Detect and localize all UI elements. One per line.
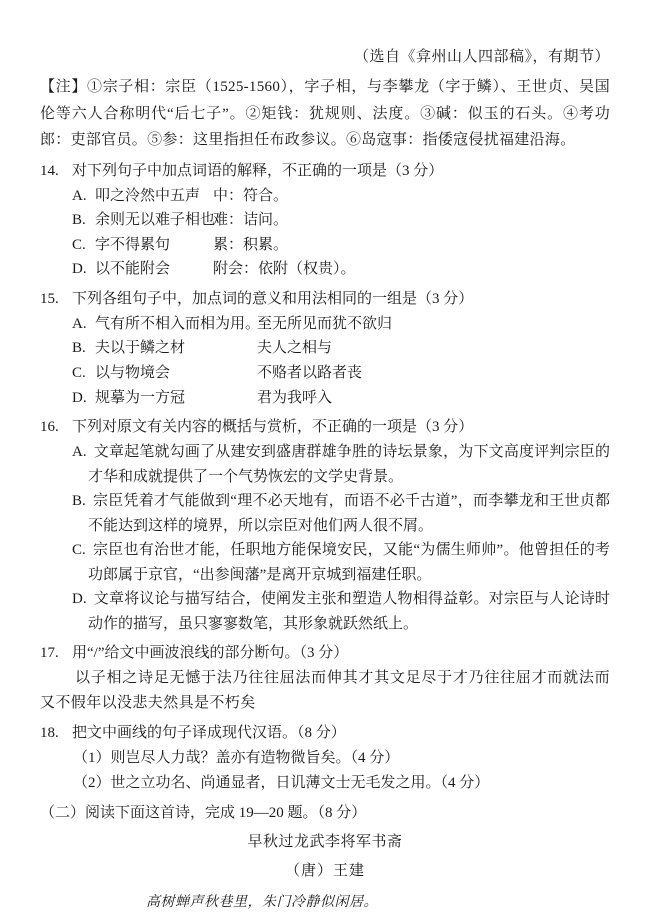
question-18-stem: 18.把文中画线的句子译成现代汉语。（8 分）	[40, 721, 610, 746]
option-text: 气有所不相入而相为用。	[95, 312, 257, 337]
option-label: C.	[72, 361, 95, 386]
option-label: B.	[72, 493, 93, 509]
option-text: 规摹为一方冠	[95, 386, 257, 411]
option-text: 文章将议论与描写结合，使阐发主张和塑造人物相得益彰。对宗臣与人论诗时动作的描写，…	[88, 591, 610, 632]
option-row-c: C.字不得累句累：积累。	[40, 233, 610, 258]
option-row-d: D.规摹为一方冠君为我呼入	[40, 386, 610, 411]
question-17-stem: 17.用“/”给文中画波浪线的部分断句。（3 分）	[40, 641, 610, 666]
option-row-b: B.余则无以难子相也难：诘问。	[40, 208, 610, 233]
option-gloss: 累：积累。	[213, 237, 288, 253]
question-16-stem: 16.下列对原文有关内容的概括与赏析，不正确的一项是（3 分）	[40, 415, 610, 440]
option-pair-text: 至无所见而犹不欲归	[257, 316, 392, 332]
option-row-a: A.气有所不相入而相为用。至无所见而犹不欲归	[40, 312, 610, 337]
option-label: A.	[72, 312, 95, 337]
translation-item-1: （1）则岂尽人力哉？盖亦有造物微旨矣。（4 分）	[40, 746, 610, 771]
question-number: 15.	[40, 287, 72, 312]
translation-item-2: （2）世之立功名、尚通显者，日讥薄文士无毛发之用。（4 分）	[40, 771, 610, 796]
option-label: D.	[72, 257, 95, 282]
option-text: 叩之泠然中五声	[95, 184, 213, 209]
option-gloss: 难：诘问。	[213, 212, 288, 228]
option-text: 以不能附会	[95, 257, 213, 282]
option-gloss: 附会：依附（权贵）。	[213, 261, 356, 277]
option-label: D.	[72, 591, 94, 607]
option-row-a: A.叩之泠然中五声中：符合。	[40, 184, 610, 209]
option-pair-text: 夫人之相与	[257, 340, 332, 356]
poem-title: 早秋过龙武李将军书斋	[40, 830, 610, 855]
question-18: 18.把文中画线的句子译成现代汉语。（8 分） （1）则岂尽人力哉？盖亦有造物微…	[40, 721, 610, 796]
question-number: 18.	[40, 721, 72, 746]
question-14-stem: 14.对下列句子中加点词语的解释，不正确的一项是（3 分）	[40, 159, 610, 184]
option-gloss: 中：符合。	[213, 188, 288, 204]
option-text: 宗臣也有治世才能，任职地方能保境安民，又能“为儒生师帅”。他曾担任的考功郎属于京…	[88, 542, 610, 583]
question-stem-text: 把文中画线的句子译成现代汉语。（8 分）	[72, 725, 346, 741]
question-14: 14.对下列句子中加点词语的解释，不正确的一项是（3 分） A.叩之泠然中五声中…	[40, 159, 610, 282]
exam-page: （选自《弇州山人四部稿》，有期节） 【注】①宗子相：宗臣（1525-1560），…	[0, 0, 650, 915]
option-label: C.	[72, 233, 95, 258]
option-text: 宗臣凭着才气能做到“理不必天地有，而语不必千古道”，而李攀龙和王世贞都不能达到这…	[88, 493, 610, 534]
option-paragraph-a: A.文章起笔就勾画了从建安到盛唐群雄争胜的诗坛景象，为下文高度评判宗臣的才华和成…	[40, 440, 610, 489]
option-label: C.	[72, 542, 93, 558]
option-label: B.	[72, 336, 95, 361]
option-paragraph-c: C.宗臣也有治世才能，任职地方能保境安民，又能“为儒生师帅”。他曾担任的考功郎属…	[40, 538, 610, 587]
section-2-heading: （二）阅读下面这首诗，完成 19—20 题。（8 分）	[40, 801, 610, 826]
poem-line-1: 高树蝉声秋巷里，朱门冷静似闲居。	[40, 890, 484, 915]
option-paragraph-d: D.文章将议论与描写结合，使阐发主张和塑造人物相得益彰。对宗臣与人论诗时动作的描…	[40, 587, 610, 636]
option-label: D.	[72, 386, 95, 411]
question-stem-text: 对下列句子中加点词语的解释，不正确的一项是（3 分）	[72, 163, 443, 179]
punctuation-passage: 以子相之诗足无憾于法乃往往屈法而伸其才其文足尽于才乃往往屈才而就法而又不假年以没…	[40, 666, 610, 716]
option-text: 字不得累句	[95, 233, 213, 258]
poem-author: （唐）王建	[40, 859, 610, 884]
question-stem-text: 下列各组句子中，加点词的意义和用法相同的一组是（3 分）	[72, 291, 473, 307]
option-text: 以与物境会	[95, 361, 257, 386]
source-attribution: （选自《弇州山人四部稿》，有期节）	[40, 45, 610, 70]
option-label: A.	[72, 184, 95, 209]
question-stem-text: 下列对原文有关内容的概括与赏析，不正确的一项是（3 分）	[72, 419, 473, 435]
option-pair-text: 不赂者以路者丧	[257, 365, 362, 381]
option-text: 文章起笔就勾画了从建安到盛唐群雄争胜的诗坛景象，为下文高度评判宗臣的才华和成就提…	[88, 444, 610, 485]
question-16: 16.下列对原文有关内容的概括与赏析，不正确的一项是（3 分） A.文章起笔就勾…	[40, 415, 610, 636]
question-number: 16.	[40, 415, 72, 440]
option-text: 余则无以难子相也	[95, 208, 213, 233]
question-17: 17.用“/”给文中画波浪线的部分断句。（3 分） 以子相之诗足无憾于法乃往往屈…	[40, 641, 610, 716]
question-number: 14.	[40, 159, 72, 184]
option-pair-text: 君为我呼入	[257, 390, 332, 406]
question-15-stem: 15.下列各组句子中，加点词的意义和用法相同的一组是（3 分）	[40, 287, 610, 312]
option-text: 夫以于鳞之材	[95, 336, 257, 361]
question-15: 15.下列各组句子中，加点词的意义和用法相同的一组是（3 分） A.气有所不相入…	[40, 287, 610, 410]
option-row-b: B.夫以于鳞之材夫人之相与	[40, 336, 610, 361]
question-number: 17.	[40, 641, 72, 666]
option-label: A.	[72, 444, 94, 460]
question-stem-text: 用“/”给文中画波浪线的部分断句。（3 分）	[72, 645, 348, 661]
option-row-c: C.以与物境会不赂者以路者丧	[40, 361, 610, 386]
annotation-note: 【注】①宗子相：宗臣（1525-1560），字子相，与李攀龙（字于鳞）、王世贞、…	[40, 74, 610, 154]
option-label: B.	[72, 208, 95, 233]
option-row-d: D.以不能附会附会：依附（权贵）。	[40, 257, 610, 282]
option-paragraph-b: B.宗臣凭着才气能做到“理不必天地有，而语不必千古道”，而李攀龙和王世贞都不能达…	[40, 489, 610, 538]
